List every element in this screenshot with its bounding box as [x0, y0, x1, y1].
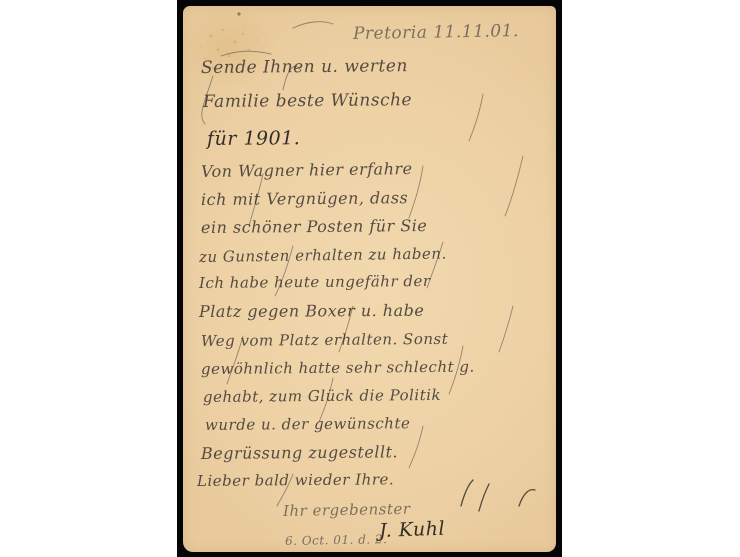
postscript-line: 6. Oct. 01. d. 2.: [285, 532, 388, 548]
body-line-13: wurde u. der gewünschte: [205, 414, 410, 434]
image-canvas: Pretoria 11.11.01. Sende Ihnen u. werten…: [0, 0, 740, 557]
postcard: Pretoria 11.11.01. Sende Ihnen u. werten…: [183, 6, 556, 552]
body-line-1: Sende Ihnen u. werten: [201, 56, 408, 78]
body-line-3: für 1901.: [207, 127, 300, 150]
body-line-12: gehabt, zum Glück die Politik: [203, 386, 441, 406]
body-line-8: Ich habe heute ungefähr der: [199, 272, 431, 292]
signature: J. Kuhl: [379, 518, 446, 542]
body-line-11: gewöhnlich hatte sehr schlecht g.: [201, 358, 475, 378]
body-line-4: Von Wagner hier erfahre: [201, 159, 413, 181]
body-line-14: Begrüssung zugestellt.: [201, 442, 398, 463]
place-date-line: Pretoria 11.11.01.: [353, 21, 519, 44]
closing-line: Ihr ergebenster: [283, 500, 411, 520]
body-line-2: Familie beste Wünsche: [203, 90, 412, 112]
body-line-10: Weg vom Platz erhalten. Sonst: [201, 330, 448, 350]
body-line-15: Lieber bald wieder Ihre.: [197, 470, 394, 490]
body-line-9: Platz gegen Boxer u. habe: [199, 301, 424, 321]
body-line-5: ich mit Vergnügen, dass: [201, 188, 408, 209]
body-line-7: zu Gunsten erhalten zu haben.: [199, 245, 447, 266]
body-line-6: ein schöner Posten für Sie: [201, 216, 428, 237]
